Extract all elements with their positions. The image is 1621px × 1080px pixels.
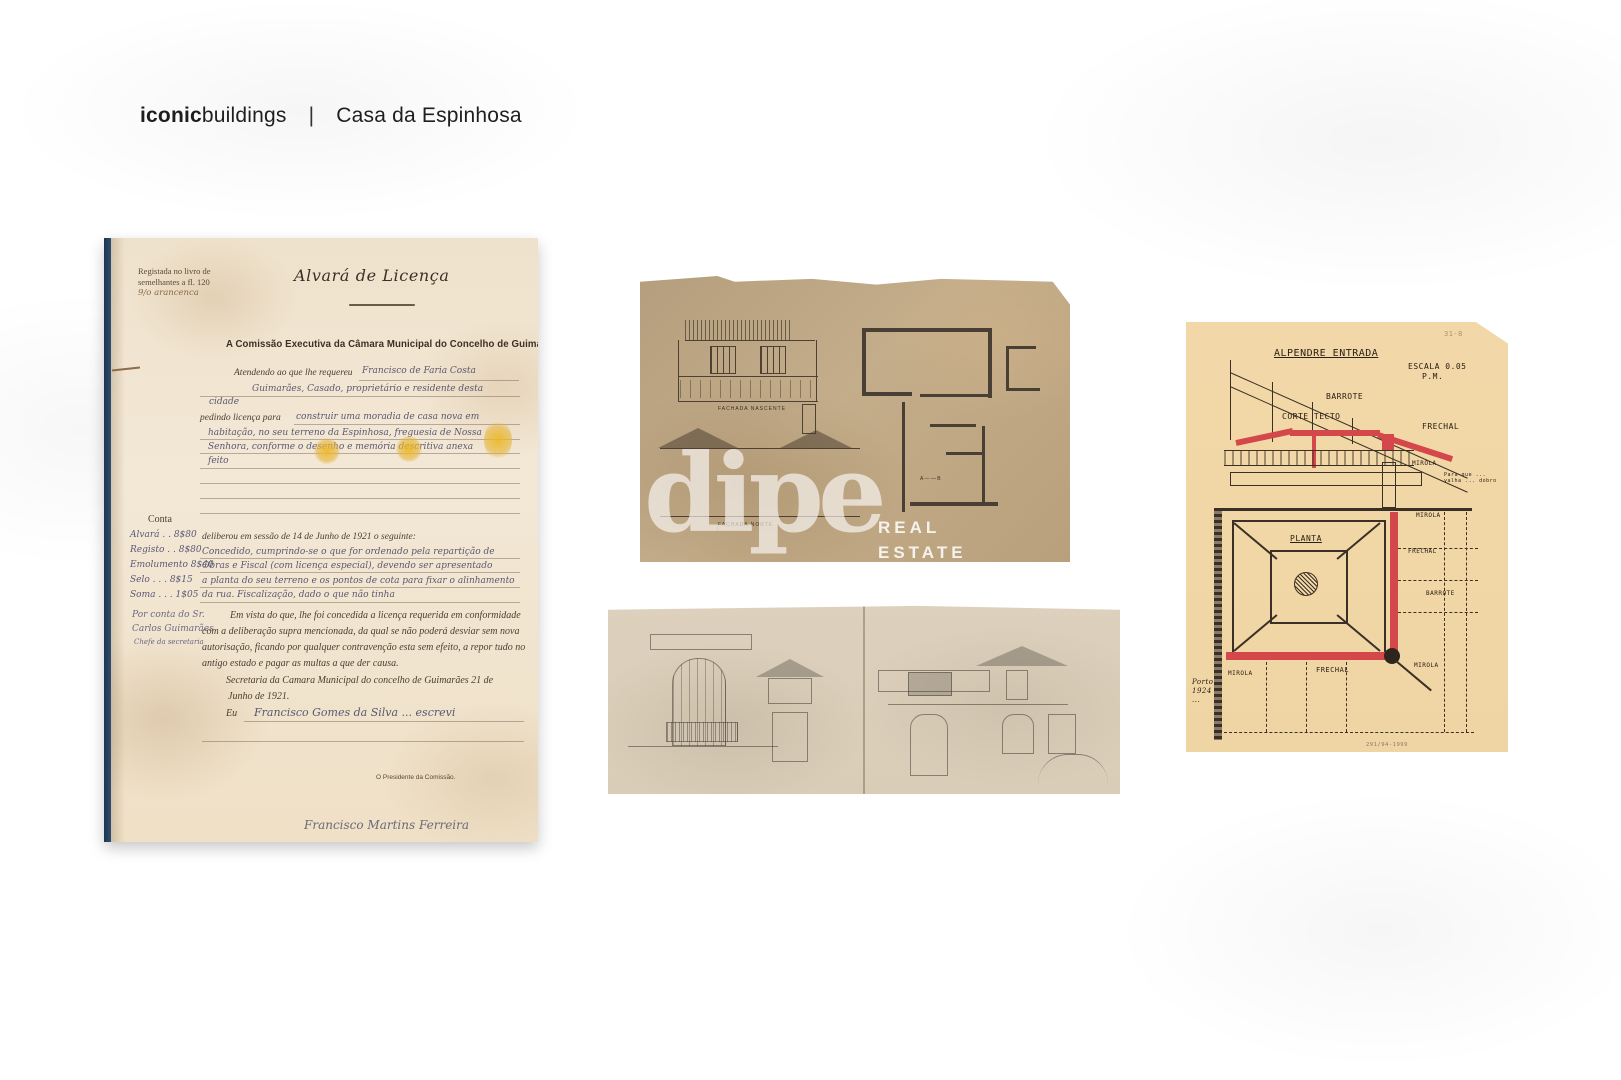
rule-line [200,498,520,499]
conta-item-label: Alvará [130,530,160,540]
handwriting: feito [208,456,229,466]
presidente-label: O Presidente da Comissão. [376,774,455,781]
drawing-line [685,340,815,341]
rule-line [200,513,520,514]
plan-wall [862,328,992,332]
handwriting: Francisco de Faria Costa [362,366,476,376]
paragraph-line: antigo estado e pagar as multas a que de… [202,658,399,669]
rule-line [200,468,520,469]
rule-line [359,380,519,381]
sketch-element [650,634,752,650]
folio-number: 31-8 [1444,330,1463,338]
facade-label: FACHADA NASCENTE [718,406,786,412]
wall-section [1214,508,1222,740]
plan-wall [982,426,985,504]
blueprint-drawing: FACHADA NASCENTE FACHADA NORTE A — — B [640,276,1070,562]
issuing-authority: A Comissão Executiva da Câmara Municipal… [226,338,538,350]
label-frechal-mid: FRECHAL [1408,548,1437,555]
rosette [1294,572,1318,596]
drawing-line [660,516,860,517]
plan-wall [946,452,984,455]
spine-fold-shadow [111,238,125,842]
label-mirola-top: MIROLA [1412,460,1437,467]
roof-gable [658,428,738,448]
dormer-roof [756,659,824,677]
rule-line [200,558,520,559]
register-note: Registada no livro de semelhantes a fl. … [138,266,228,299]
conta-row: Alvará . . 8$80 [130,530,197,540]
handwriting: cidade [209,397,239,407]
secretaria-line: Secretaria da Camara Municipal do concel… [226,675,493,686]
plan-edge [1222,508,1472,511]
register-note-line: 9/o arancenca [138,288,228,299]
conta-item-label: Selo [130,575,150,585]
dashed-line [1306,662,1307,732]
conta-item-label: Registo [130,545,164,555]
section-mark: A — — B [920,476,941,482]
eu-label: Eu [226,708,237,719]
pencil-sketch-drawing [608,604,1120,794]
alpendre-entrada-drawing: ALPENDRE ENTRADA ESCALA 0.05 P.M. 31-8 B… [1186,322,1508,752]
paragraph-line: Em vista do que, lhe foi concedida a lic… [230,610,521,621]
plan-wall [1006,346,1036,349]
red-frechal-horizontal [1226,652,1398,660]
red-frechal-vertical [1390,512,1398,660]
rule-line [200,572,520,573]
rule-line [200,587,520,588]
handwriting: Concedido, cumprindo-se o que for ordena… [202,547,495,557]
facade-roof [685,320,790,340]
pedindo-line: pedindo licença para [200,413,281,423]
dashed-line [1466,512,1467,732]
chimney [802,404,816,434]
conta-row: Registo . . 8$80 [130,545,202,555]
plan-wall [930,424,976,427]
drawing-line [678,376,818,377]
red-block [1382,434,1394,450]
conta-item-label: Emolumento [130,560,188,570]
balcony-railing [666,722,738,742]
handwriting: Guimarães, Casado, proprietário e reside… [252,384,483,394]
brand-name-bold: iconic [140,104,202,128]
porch [1048,714,1076,754]
label-corte: CORTE TECTO [1282,412,1340,421]
plan-wall [862,328,866,396]
column-capital [1382,462,1396,508]
drawing-scale-2: P.M. [1422,372,1443,381]
dormer-window [768,678,812,704]
plan-wall [902,402,905,512]
plan-wall [920,394,990,397]
rule-line [244,721,524,722]
red-rafter [1235,428,1293,446]
rule-line [200,453,520,454]
handwriting: construir uma moradia de casa nova em [296,412,479,422]
handwriting: Por conta do Sr. [132,610,205,620]
handwriting: habitação, no seu terreno da Espinhosa, … [208,428,482,438]
dashed-line [1444,512,1445,732]
red-rafter [1290,430,1380,436]
rule-line [200,439,520,440]
conta-row: Soma . . . 1$05 [130,590,198,600]
label-frechal-top: FRECHAL [1422,422,1459,431]
deliberou-line: deliberou em sessão de 14 de Junho de 19… [202,532,416,542]
watermark-real: REAL [878,518,940,538]
archive-reference: 291/94-1999 [1366,742,1408,748]
paragraph-line: com a deliberação supra mencionada, da q… [202,626,519,637]
drawing-line [660,448,860,449]
window [772,712,808,762]
drawing-line [678,401,818,402]
drawing-line [678,340,679,402]
rule-line [202,741,524,742]
atendendo-line: Atendendo ao que lhe requereu [234,368,353,378]
window [710,346,736,374]
roof-gable [780,430,852,448]
date-line: Junho de 1921. [228,691,289,702]
window [1006,670,1028,700]
sketch-element [888,704,1068,705]
drawing-line [816,340,817,402]
label-barrote: BARROTE [1326,392,1363,401]
plan-wall [1006,346,1009,391]
label-frechal-bottom: FRECHAL [1316,666,1349,674]
label-mirola-left: MIROLA [1228,670,1253,677]
facade-label-2: FACHADA NORTE [718,522,773,528]
conta-item-value: 1$05 [176,590,199,600]
conta-item-value: 8$15 [170,575,193,585]
stain [314,438,340,464]
rule-line [294,424,520,425]
arched-door [910,714,948,776]
conta-item-label: Soma [130,590,155,600]
sketch-element [628,746,778,747]
side-note: Para que ... valha ... dobro [1444,472,1504,484]
page-header: iconicbuildings | Casa da Espinhosa [140,104,522,128]
stone-base [680,380,816,398]
plan-wall [1006,388,1040,391]
drawing-scale: ESCALA 0.05 [1408,362,1466,371]
dashed-line [1224,732,1474,733]
handwriting: Obras e Fiscal (com licença especial), d… [202,561,492,571]
label-barrote-mid: BARROTE [1426,590,1455,597]
handwriting: da rua. Fiscalização, dado o que não tin… [202,590,395,600]
window [1002,714,1034,754]
label-planta: PLANTA [1290,534,1322,543]
paragraph-line: autorisação, ficando por qualquer contra… [202,642,525,653]
conta-item-value: 8$80 [179,545,202,555]
alvara-licenca-document: Registada no livro de semelhantes a fl. … [104,238,538,842]
rule-line [200,483,520,484]
register-note-line: semelhantes a fl. 120 [138,277,228,288]
window [760,346,786,374]
conta-label: Conta [148,514,172,525]
handwriting: a planta do seu terreno e os pontos de c… [202,576,515,586]
handwriting: Senhora, conforme o desenho e memória de… [208,442,473,452]
stain [484,420,512,460]
rule-line [200,602,520,603]
plan-wall [988,328,992,398]
signature-note: Porto 1924 ... [1192,678,1218,705]
handwriting: Chefe da secretaria [134,638,204,646]
signature: Francisco Gomes da Silva ... escrevi [254,706,455,719]
register-note-line: Registada no livro de [138,266,228,277]
dormer-window [908,672,952,696]
header-separator: | [309,104,315,128]
stair-arch [1038,754,1108,794]
paper-fold [863,604,865,794]
conta-row: Selo . . . 8$15 [130,575,193,585]
plan-wall [862,392,912,396]
rule-line [200,396,520,397]
title-flourish [349,304,415,306]
dashed-line [1266,662,1267,732]
document-spine [104,238,111,842]
page-title: Casa da Espinhosa [336,104,522,128]
watermark-estate: ESTATE [878,543,967,563]
label-mirola-bottom: MIROLA [1414,662,1439,669]
drawing-title: ALPENDRE ENTRADA [1274,348,1378,359]
brand-name-light: buildings [202,104,287,128]
stain [396,436,422,462]
gable-roof [976,646,1068,666]
document-title: Alvará de Licença [294,266,450,285]
president-signature: Francisco Martins Ferreira [304,818,469,832]
label-mirola-mid: MIROLA [1416,512,1441,519]
conta-item-value: 8$80 [174,530,197,540]
